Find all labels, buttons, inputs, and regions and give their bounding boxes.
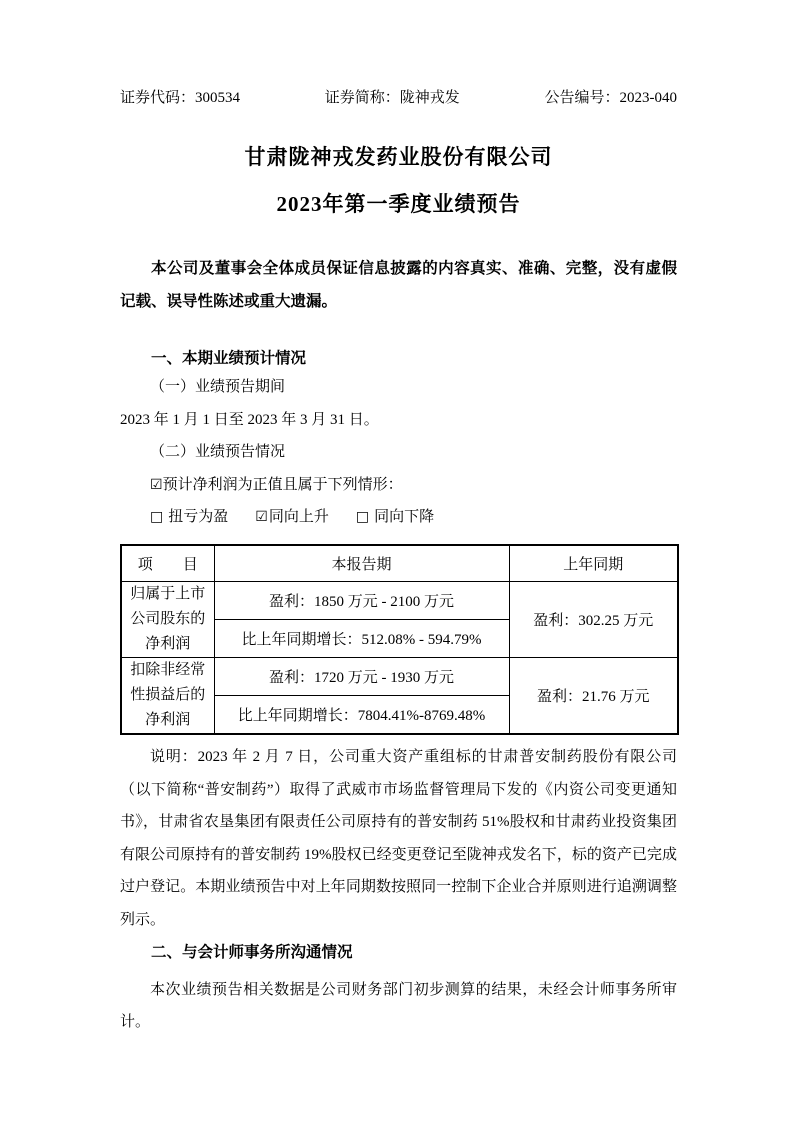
subsection-1-1-heading: （一）业绩预告期间 (120, 371, 677, 404)
page-subtitle: 2023年第一季度业绩预告 (120, 189, 677, 219)
option-same-direction-down: □同向下降 (356, 501, 434, 534)
subsection-1-2-heading: （二）业绩预告情况 (120, 436, 677, 469)
forecast-period-text: 2023 年 1 月 1 日至 2023 年 3 月 31 日。 (120, 404, 677, 437)
table-header-item: 项 目 (121, 545, 214, 582)
option-label: 同向上升 (269, 509, 329, 525)
disclosure-statement: 本公司及董事会全体成员保证信息披露的内容真实、准确、完整，没有虚假记载、误导性陈… (120, 252, 677, 318)
option-turn-loss-to-profit: □扭亏为盈 (150, 501, 228, 534)
section-1-heading: 一、本期业绩预计情况 (120, 347, 677, 371)
table-header-current-period: 本报告期 (214, 545, 509, 582)
option-label: 同向下降 (374, 509, 434, 525)
section-2-body: 本次业绩预告相关数据是公司财务部门初步测算的结果，未经会计师事务所审计。 (120, 974, 677, 1039)
document-header: 证券代码：300534 证券简称：陇神戎发 公告编号：2023-040 (120, 88, 677, 108)
row1-profit-cell: 盈利：1850 万元 - 2100 万元 (214, 582, 509, 620)
stock-code-text: 证券代码：300534 (120, 88, 240, 108)
row1-prior-cell: 盈利：302.25 万元 (509, 582, 678, 658)
checkbox-checked-icon: ☑ (150, 477, 163, 493)
section-2-heading: 二、与会计师事务所沟通情况 (120, 941, 677, 965)
explanation-paragraph: 说明：2023 年 2 月 7 日，公司重大资产重组标的甘肃普安制药股份有限公司… (120, 741, 677, 937)
option-label: 扭亏为盈 (168, 509, 228, 525)
row1-item-cell: 归属于上市公司股东的净利润 (121, 582, 214, 658)
page-title: 甘肃陇神戎发药业股份有限公司 (120, 142, 677, 172)
forecast-options-row: □扭亏为盈 ☑同向上升 □同向下降 (120, 501, 677, 534)
stock-abbr-text: 证券简称：陇神戎发 (325, 88, 460, 108)
performance-forecast-table: 项 目 本报告期 上年同期 归属于上市公司股东的净利润 盈利：1850 万元 -… (120, 544, 679, 736)
announcement-number-text: 公告编号：2023-040 (545, 88, 678, 108)
table-row: 归属于上市公司股东的净利润 盈利：1850 万元 - 2100 万元 盈利：30… (121, 582, 678, 620)
row2-prior-cell: 盈利：21.76 万元 (509, 658, 678, 735)
table-header-row: 项 目 本报告期 上年同期 (121, 545, 678, 582)
row2-profit-cell: 盈利：1720 万元 - 1930 万元 (214, 658, 509, 696)
checkbox-unchecked-icon: □ (356, 509, 369, 525)
checkbox-unchecked-icon: □ (150, 509, 163, 525)
row1-growth-cell: 比上年同期增长：512.08% - 594.79% (214, 620, 509, 658)
checkbox-checked-icon: ☑ (255, 509, 268, 525)
row2-item-cell: 扣除非经常性损益后的净利润 (121, 658, 214, 735)
forecast-condition-text: 预计净利润为正值且属于下列情形： (163, 477, 403, 493)
document-page: 证券代码：300534 证券简称：陇神戎发 公告编号：2023-040 甘肃陇神… (0, 0, 793, 1122)
table-header-prior-period: 上年同期 (509, 545, 678, 582)
row2-growth-cell: 比上年同期增长：7804.41%-8769.48% (214, 696, 509, 734)
option-same-direction-up: ☑同向上升 (255, 501, 329, 534)
table-row: 扣除非经常性损益后的净利润 盈利：1720 万元 - 1930 万元 盈利：21… (121, 658, 678, 696)
forecast-condition-line: ☑预计净利润为正值且属于下列情形： (120, 469, 677, 502)
